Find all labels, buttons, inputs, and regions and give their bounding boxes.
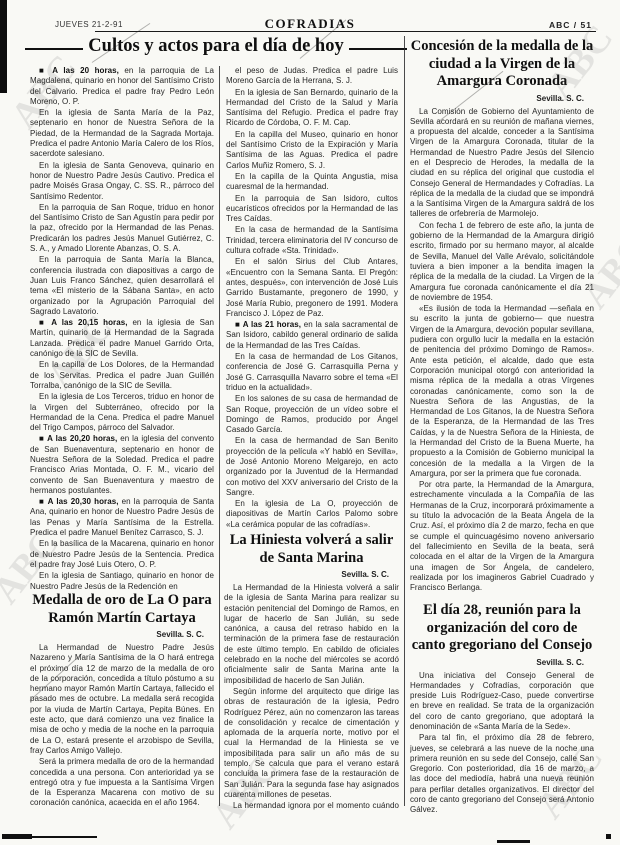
body-paragraph: Una iniciativa del Consejo General de He… (410, 671, 594, 733)
body-paragraph: En la casa de hermandad de San Benito pr… (226, 436, 398, 498)
body-paragraph: En los salones de su casa de hermandad d… (226, 394, 398, 435)
paragraph-text: «Es ilusión de toda la Hermandad —señala… (410, 304, 594, 478)
body-paragraph: En la iglesia de Santa María de la Paz, … (30, 108, 214, 159)
paragraph-text: En la capilla de la Quinta Angustia, mis… (226, 172, 398, 191)
time-lead: ■ A las 20,20 horas, (39, 434, 120, 443)
article-hiniesta: La Hiniesta volverá a salir de Santa Mar… (224, 532, 399, 812)
body-paragraph: La Hermandad de Nuestro Padre Jesús Naza… (30, 643, 214, 756)
body-paragraph: En la iglesia de Santa Genoveva, quinari… (30, 161, 214, 202)
cultos-column-middle: el peso de Judas. Predica el padre Luis … (226, 66, 398, 528)
paragraph-text: Una iniciativa del Consejo General de He… (410, 671, 594, 731)
body-paragraph: Para tal fin, el próximo día 28 de febre… (410, 733, 594, 812)
paragraph-text: En la casa de hermandad de Los Gitanos, … (226, 352, 398, 392)
paragraph-text: Por otra parte, la Hermandad de la Amarg… (410, 480, 594, 592)
paragraph-text: Para tal fin, el próximo día 28 de febre… (410, 733, 594, 812)
article-medalla-oro: Medalla de oro de La O para Ramón Martín… (30, 592, 214, 812)
body-paragraph: «Es ilusión de toda la Hermandad —señala… (410, 304, 594, 479)
header-rule (95, 31, 596, 32)
paragraph-text: En la casa de hermandad de la Santísima … (226, 225, 398, 255)
cultos-column-left: ■ A las 20 horas, en la parroquia de La … (30, 66, 214, 590)
paragraph-text: Según informe del arquitecto que dirige … (224, 687, 399, 799)
paragraph-text: Con fecha 1 de febrero de este año, la j… (410, 221, 594, 302)
scan-artifact-mark (606, 834, 611, 839)
scan-edge-bar (0, 0, 7, 93)
body-paragraph: ■ A las 21 horas, en la sala sacramental… (226, 320, 398, 351)
paragraph-text: En la parroquia de San Roque, triduo en … (30, 203, 214, 253)
paragraph-text: En la basílica de la Macarena, quinario … (30, 539, 214, 569)
body-paragraph: Según informe del arquitecto que dirige … (224, 687, 399, 800)
body-paragraph: La Hermandad de la Hiniesta volverá a sa… (224, 583, 399, 686)
headline-rule-left (25, 48, 83, 50)
time-lead: ■ A las 20,30 horas, (39, 497, 122, 506)
paragraph-text: En la iglesia de Santiago, quinario en h… (30, 571, 214, 590)
paragraph-text: el peso de Judas. Predica el padre Luis … (226, 66, 398, 85)
body-paragraph: En la basílica de la Macarena, quinario … (30, 539, 214, 570)
scan-artifact-line (2, 834, 32, 839)
body-paragraph: el peso de Judas. Predica el padre Luis … (226, 66, 398, 87)
paragraph-text: En la iglesia de Santa Genoveva, quinari… (30, 161, 214, 201)
paragraph-text: En la iglesia de Los Terceros, triduo en… (30, 392, 214, 432)
body-paragraph: ■ A las 20,20 horas, en la iglesia del c… (30, 434, 214, 496)
paragraph-text: En el salón Sirius del Club Antares, «En… (226, 257, 398, 317)
body-paragraph: ■ A las 20,30 horas, en la parroquia de … (30, 497, 214, 538)
body-paragraph: En la iglesia de La O, proyección de dia… (226, 499, 398, 528)
paragraph-text: En la parroquia de San Isidoro, cultos e… (226, 194, 398, 224)
body-paragraph: ■ A las 20,15 horas, en la iglesia de Sa… (30, 318, 214, 359)
section-title: COFRADIAS (0, 16, 620, 32)
time-lead: ■ A las 20,15 horas, (39, 318, 132, 327)
body-paragraph: En la parroquia de Santa María la Blanca… (30, 255, 214, 317)
main-headline-row: Cultos y actos para el día de hoy (30, 36, 402, 57)
body-paragraph: En la capilla de Los Dolores, de la Herm… (30, 360, 214, 391)
body-paragraph: Con fecha 1 de febrero de este año, la j… (410, 221, 594, 303)
paragraph-text: La Hermandad de la Hiniesta volverá a sa… (224, 583, 399, 685)
body-paragraph: En la casa de hermandad de Los Gitanos, … (226, 352, 398, 393)
article-headline: El día 28, reunión para la organización … (410, 602, 594, 655)
paragraph-text: en la iglesia del convento de San Buenav… (30, 434, 214, 494)
paragraph-text: En la iglesia de San Bernardo, quinario … (226, 88, 398, 128)
paragraph-text: En la parroquia de Santa María la Blanca… (30, 255, 214, 315)
body-paragraph: En la parroquia de San Isidoro, cultos e… (226, 194, 398, 225)
paragraph-text: La Hermandad de Nuestro Padre Jesús Naza… (30, 643, 214, 755)
body-paragraph: En el salón Sirius del Club Antares, «En… (226, 257, 398, 319)
newspaper-page: JUEVES 21-2-91 COFRADIAS ABC / 51 Cultos… (0, 0, 620, 845)
paragraph-text: En la capilla de Los Dolores, de la Herm… (30, 360, 214, 390)
page-number: ABC / 51 (549, 20, 592, 30)
body-paragraph: La Comisión de Gobierno del Ayuntamiento… (410, 107, 594, 220)
article-byline: Sevilla. S. C. (224, 570, 399, 579)
time-lead: ■ A las 21 horas, (235, 320, 304, 329)
article-coro-gregoriano: El día 28, reunión para la organización … (410, 602, 594, 812)
paragraph-text: En la capilla del Museo, quinario en hon… (226, 130, 398, 170)
body-paragraph: Por otra parte, la Hermandad de la Amarg… (410, 480, 594, 593)
article-concesion-medalla: Concesión de la medalla de la ciudad a l… (410, 38, 594, 598)
column-divider-right (404, 36, 405, 806)
body-paragraph: Será la primera medalla de oro de la her… (30, 757, 214, 808)
headline-rule-right (349, 48, 407, 50)
paragraph-text: La hermandad ignora por el momento cuánd… (224, 801, 399, 812)
paragraph-text: En la iglesia de La O, proyección de dia… (226, 499, 398, 528)
body-paragraph: En la casa de hermandad de la Santísima … (226, 225, 398, 256)
article-headline: Concesión de la medalla de la ciudad a l… (410, 38, 594, 91)
body-paragraph: En la iglesia de San Bernardo, quinario … (226, 88, 398, 129)
article-byline: Sevilla. S. C. (410, 94, 594, 103)
paragraph-text: En la iglesia de Santa María de la Paz, … (30, 108, 214, 158)
body-paragraph: En la capilla del Museo, quinario en hon… (226, 130, 398, 171)
paragraph-text: En los salones de su casa de hermandad d… (226, 394, 398, 434)
paragraph-text: En la casa de hermandad de San Benito pr… (226, 436, 398, 496)
article-byline: Sevilla. S. C. (410, 658, 594, 667)
article-byline: Sevilla. S. C. (30, 630, 214, 639)
body-paragraph: ■ A las 20 horas, en la parroquia de La … (30, 66, 214, 107)
paragraph-text: Será la primera medalla de oro de la her… (30, 757, 214, 807)
paragraph-text: La Comisión de Gobierno del Ayuntamiento… (410, 107, 594, 219)
body-paragraph: En la parroquia de San Roque, triduo en … (30, 203, 214, 254)
column-divider-left (219, 66, 220, 806)
body-paragraph: En la iglesia de Los Terceros, triduo en… (30, 392, 214, 433)
body-paragraph: En la iglesia de Santiago, quinario en h… (30, 571, 214, 590)
scan-artifact-line (497, 840, 530, 843)
time-lead: ■ A las 20 horas, (39, 66, 124, 75)
body-paragraph: En la capilla de la Quinta Angustia, mis… (226, 172, 398, 193)
article-headline: Medalla de oro de La O para Ramón Martín… (30, 592, 214, 627)
article-headline: La Hiniesta volverá a salir de Santa Mar… (224, 532, 399, 567)
body-paragraph: La hermandad ignora por el momento cuánd… (224, 801, 399, 812)
